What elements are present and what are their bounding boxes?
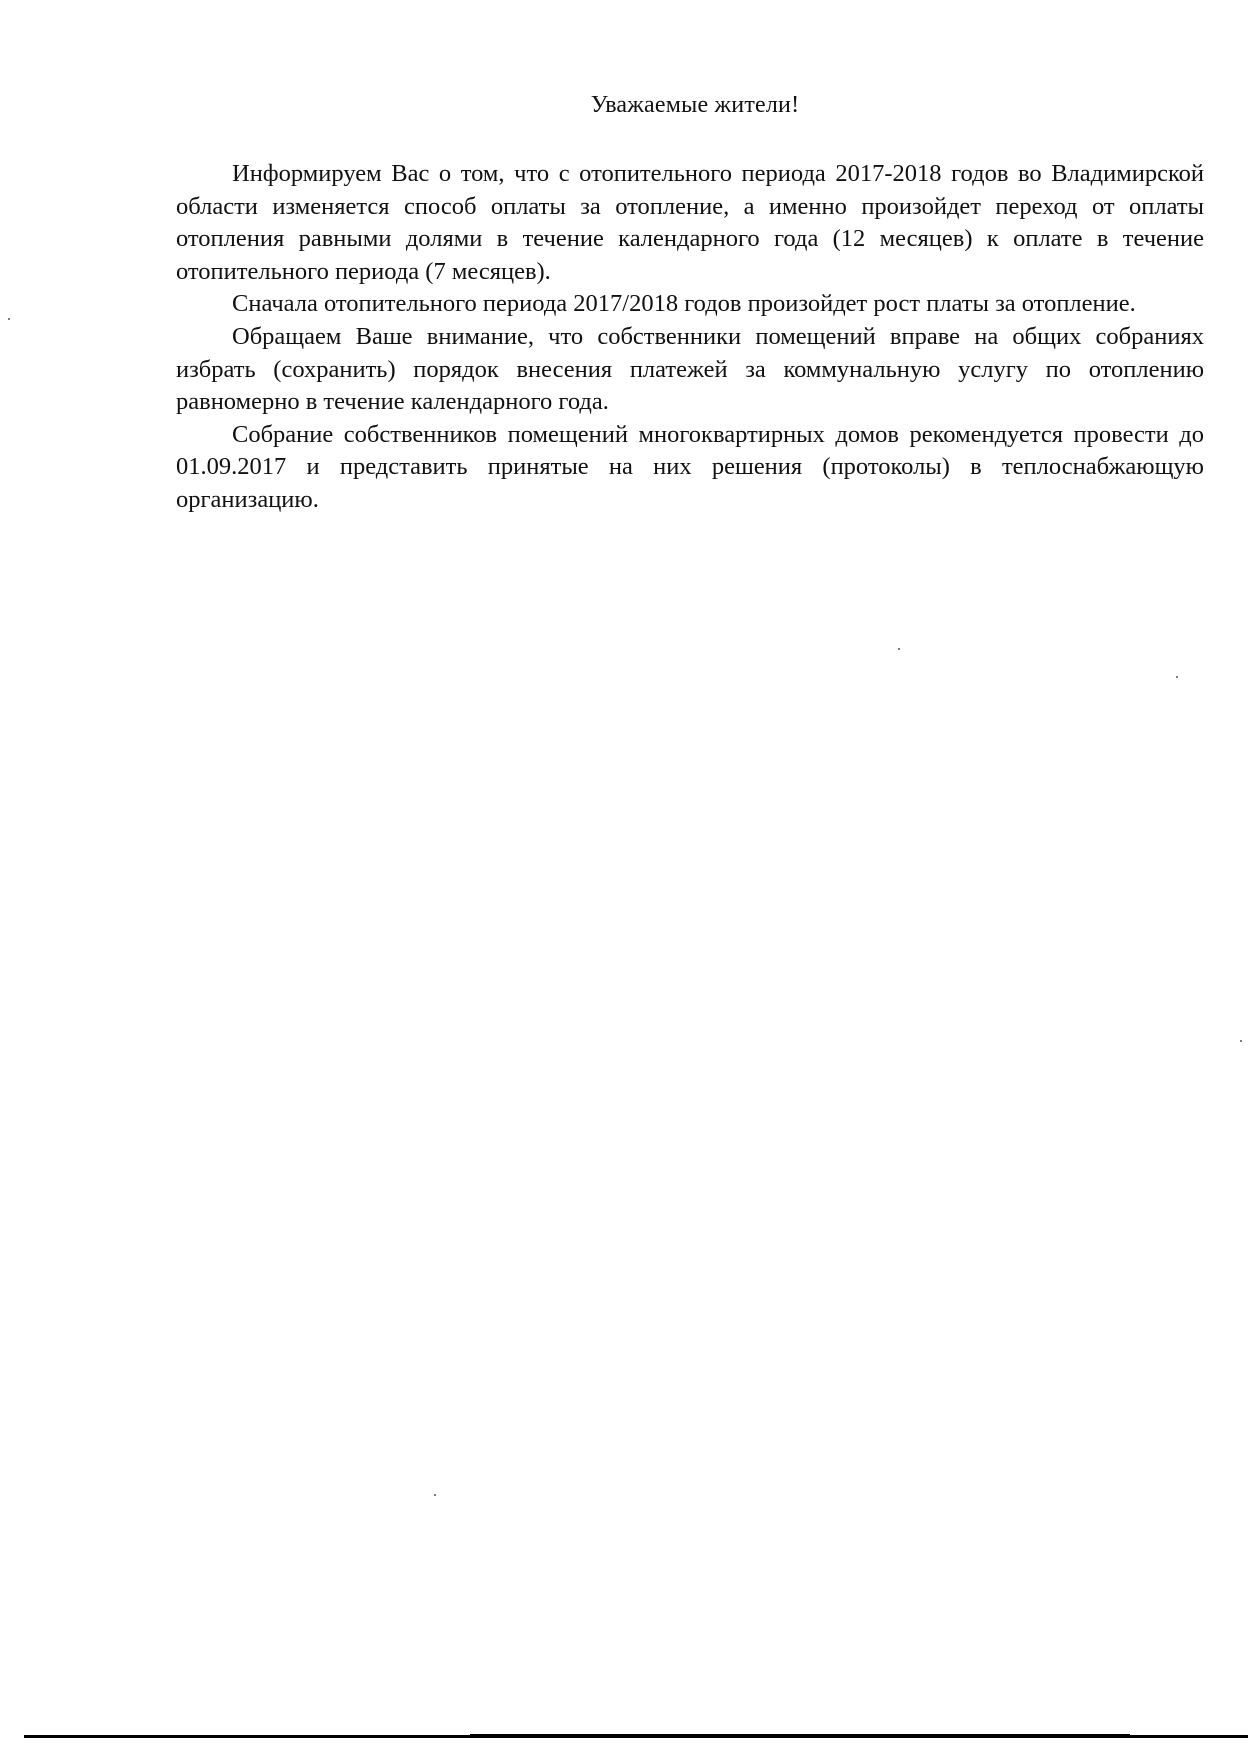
scan-edge-line-thick xyxy=(470,1734,1130,1736)
scan-speck xyxy=(8,318,10,320)
scan-speck xyxy=(434,1494,436,1496)
scan-speck xyxy=(898,648,900,650)
paragraph-owners-right: Обращаем Ваше внимание, что собственники… xyxy=(176,321,1204,419)
scan-speck xyxy=(1240,1040,1242,1042)
paragraph-fee-increase: Сначала отопительного периода 2017/2018 … xyxy=(176,288,1204,321)
paragraph-meeting-recommendation: Собрание собственников помещений многокв… xyxy=(176,419,1204,517)
scan-speck xyxy=(1176,676,1178,678)
document-body: Информируем Вас о том, что с отопительно… xyxy=(176,158,1204,517)
document-title: Уважаемые жители! xyxy=(0,92,1248,119)
paragraph-heating-payment-change: Информируем Вас о том, что с отопительно… xyxy=(176,158,1204,288)
